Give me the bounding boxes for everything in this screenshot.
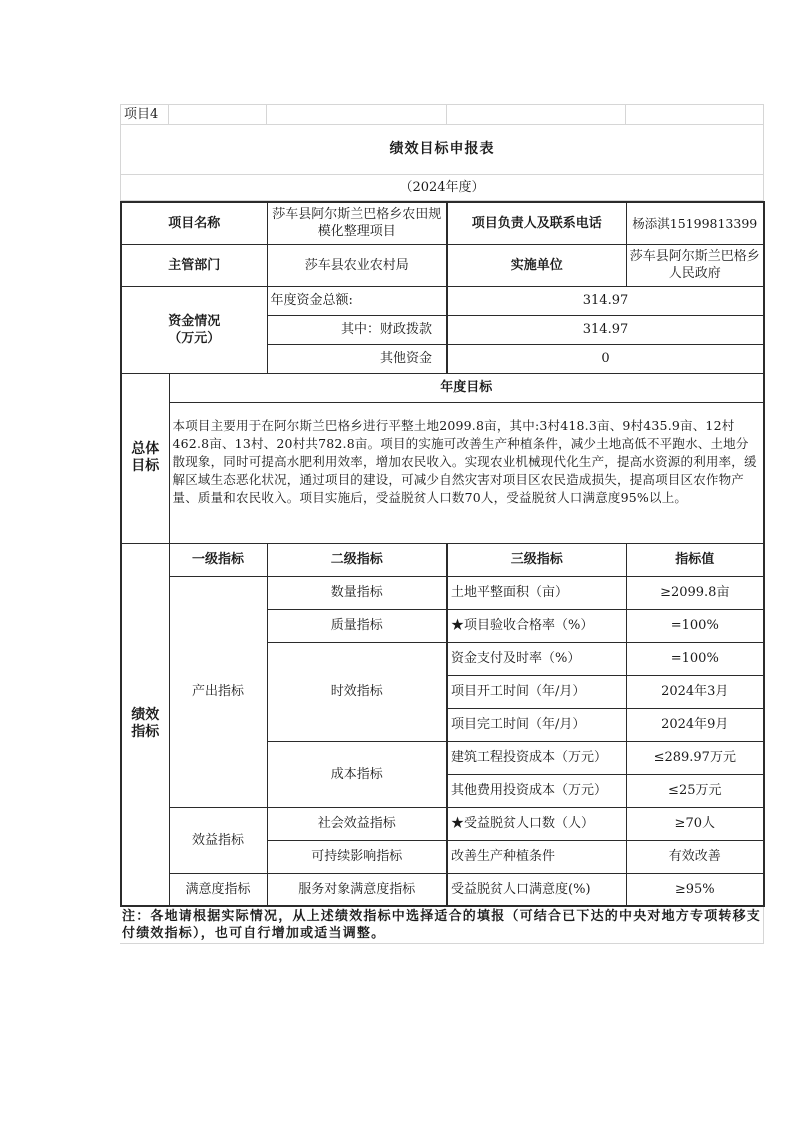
indicator-value: ≤25万元 — [626, 774, 764, 807]
form-title: 绩效目标申报表 — [121, 125, 764, 175]
level3-item: ★项目验收合格率（%） — [447, 609, 626, 642]
funds-label: 资金情况 （万元） — [121, 286, 267, 373]
row-annual-target-header: 总体 目标 年度目标 — [121, 373, 764, 402]
row-fund-total: 资金情况 （万元） 年度资金总额: 314.97 — [121, 286, 764, 315]
indicator-value: 有效改善 — [626, 840, 764, 873]
level3-item: 建筑工程投资成本（万元） — [447, 741, 626, 774]
row-project-name: 项目名称 莎车县阿尔斯兰巴格乡农田规模化整理项目 项目负责人及联系电话 杨添淇1… — [121, 202, 764, 244]
impl-value: 莎车县阿尔斯兰巴格乡人民政府 — [626, 244, 764, 286]
overall-label-line1: 总体 — [125, 441, 166, 458]
dept-value: 莎车县农业农村局 — [267, 244, 447, 286]
fund-row-value: 314.97 — [447, 286, 764, 315]
funds-label-line1: 资金情况 — [125, 313, 264, 330]
form-year: （2024年度） — [121, 175, 764, 201]
impl-label: 实施单位 — [447, 244, 626, 286]
indicators-label-line1: 绩效 — [125, 707, 166, 724]
fund-row-value: 314.97 — [447, 315, 764, 344]
level2-cost: 成本指标 — [267, 741, 447, 807]
main-table: 项目名称 莎车县阿尔斯兰巴格乡农田规模化整理项目 项目负责人及联系电话 杨添淇1… — [120, 201, 765, 907]
funds-label-line2: （万元） — [125, 330, 264, 347]
footnote: 注：各地请根据实际情况，从上述绩效指标中选择适合的填报（可结合已下达的中央对地方… — [120, 907, 764, 944]
level3-item: 土地平整面积（亩） — [447, 576, 626, 609]
level3-item: 其他费用投资成本（万元） — [447, 774, 626, 807]
level1-satisfaction: 满意度指标 — [169, 873, 267, 906]
level2-social-benefit: 社会效益指标 — [267, 807, 447, 840]
empty-cell — [626, 105, 764, 125]
overall-label-line2: 目标 — [125, 458, 166, 475]
dept-label: 主管部门 — [121, 244, 267, 286]
indicator-value: ≥70人 — [626, 807, 764, 840]
indicator-row: 满意度指标 服务对象满意度指标 受益脱贫人口满意度(%) ≥95% — [121, 873, 764, 906]
level1-benefit: 效益指标 — [169, 807, 267, 873]
overall-target-label: 总体 目标 — [121, 373, 169, 543]
row-annual-target-text: 本项目主要用于在阿尔斯兰巴格乡进行平整土地2099.8亩，其中:3村418.3亩… — [121, 402, 764, 543]
fund-row-label: 其中：财政拨款 — [267, 315, 447, 344]
level3-item: 受益脱贫人口满意度(%) — [447, 873, 626, 906]
indicator-value: ≤289.97万元 — [626, 741, 764, 774]
project-name-label: 项目名称 — [121, 202, 267, 244]
indicator-value: ≥95% — [626, 873, 764, 906]
empty-cell — [267, 105, 447, 125]
col-header-level2: 二级指标 — [267, 543, 447, 576]
fund-row-label: 年度资金总额: — [267, 286, 447, 315]
indicators-label: 绩效 指标 — [121, 543, 169, 906]
level3-item: ★受益脱贫人口数（人） — [447, 807, 626, 840]
indicator-value: 2024年9月 — [626, 708, 764, 741]
col-header-level3: 三级指标 — [447, 543, 626, 576]
indicator-value: =100% — [626, 642, 764, 675]
col-header-level1: 一级指标 — [169, 543, 267, 576]
level3-item: 项目开工时间（年/月） — [447, 675, 626, 708]
level2-timeliness: 时效指标 — [267, 642, 447, 741]
fund-row-label: 其他资金 — [267, 344, 447, 373]
indicator-value: ≥2099.8亩 — [626, 576, 764, 609]
level3-item: 项目完工时间（年/月） — [447, 708, 626, 741]
row-department: 主管部门 莎车县农业农村局 实施单位 莎车县阿尔斯兰巴格乡人民政府 — [121, 244, 764, 286]
performance-target-form: 项目4 绩效目标申报表 （2024年度） 项目名称 莎车县阿尔斯兰巴格乡农田规模… — [120, 104, 763, 944]
level2-service-satisfaction: 服务对象满意度指标 — [267, 873, 447, 906]
project-tag: 项目4 — [121, 105, 169, 125]
project-name-value: 莎车县阿尔斯兰巴格乡农田规模化整理项目 — [267, 202, 447, 244]
level3-item: 改善生产种植条件 — [447, 840, 626, 873]
owner-label: 项目负责人及联系电话 — [447, 202, 626, 244]
col-header-value: 指标值 — [626, 543, 764, 576]
indicator-row: 效益指标 社会效益指标 ★受益脱贫人口数（人） ≥70人 — [121, 807, 764, 840]
level1-output: 产出指标 — [169, 576, 267, 807]
annual-target-text: 本项目主要用于在阿尔斯兰巴格乡进行平整土地2099.8亩，其中:3村418.3亩… — [169, 402, 764, 543]
indicator-row: 产出指标 数量指标 土地平整面积（亩） ≥2099.8亩 — [121, 576, 764, 609]
fund-row-value: 0 — [447, 344, 764, 373]
empty-cell — [169, 105, 267, 125]
empty-cell — [447, 105, 626, 125]
form-header: 项目4 绩效目标申报表 （2024年度） — [120, 104, 764, 201]
indicator-header-row: 绩效 指标 一级指标 二级指标 三级指标 指标值 — [121, 543, 764, 576]
level3-item: 资金支付及时率（%） — [447, 642, 626, 675]
indicators-label-line2: 指标 — [125, 724, 166, 741]
level2-quality: 质量指标 — [267, 609, 447, 642]
indicator-value: =100% — [626, 609, 764, 642]
annual-target-header: 年度目标 — [169, 373, 764, 402]
level2-quantity: 数量指标 — [267, 576, 447, 609]
indicator-value: 2024年3月 — [626, 675, 764, 708]
level2-sustainability: 可持续影响指标 — [267, 840, 447, 873]
owner-value: 杨添淇15199813399 — [626, 202, 764, 244]
